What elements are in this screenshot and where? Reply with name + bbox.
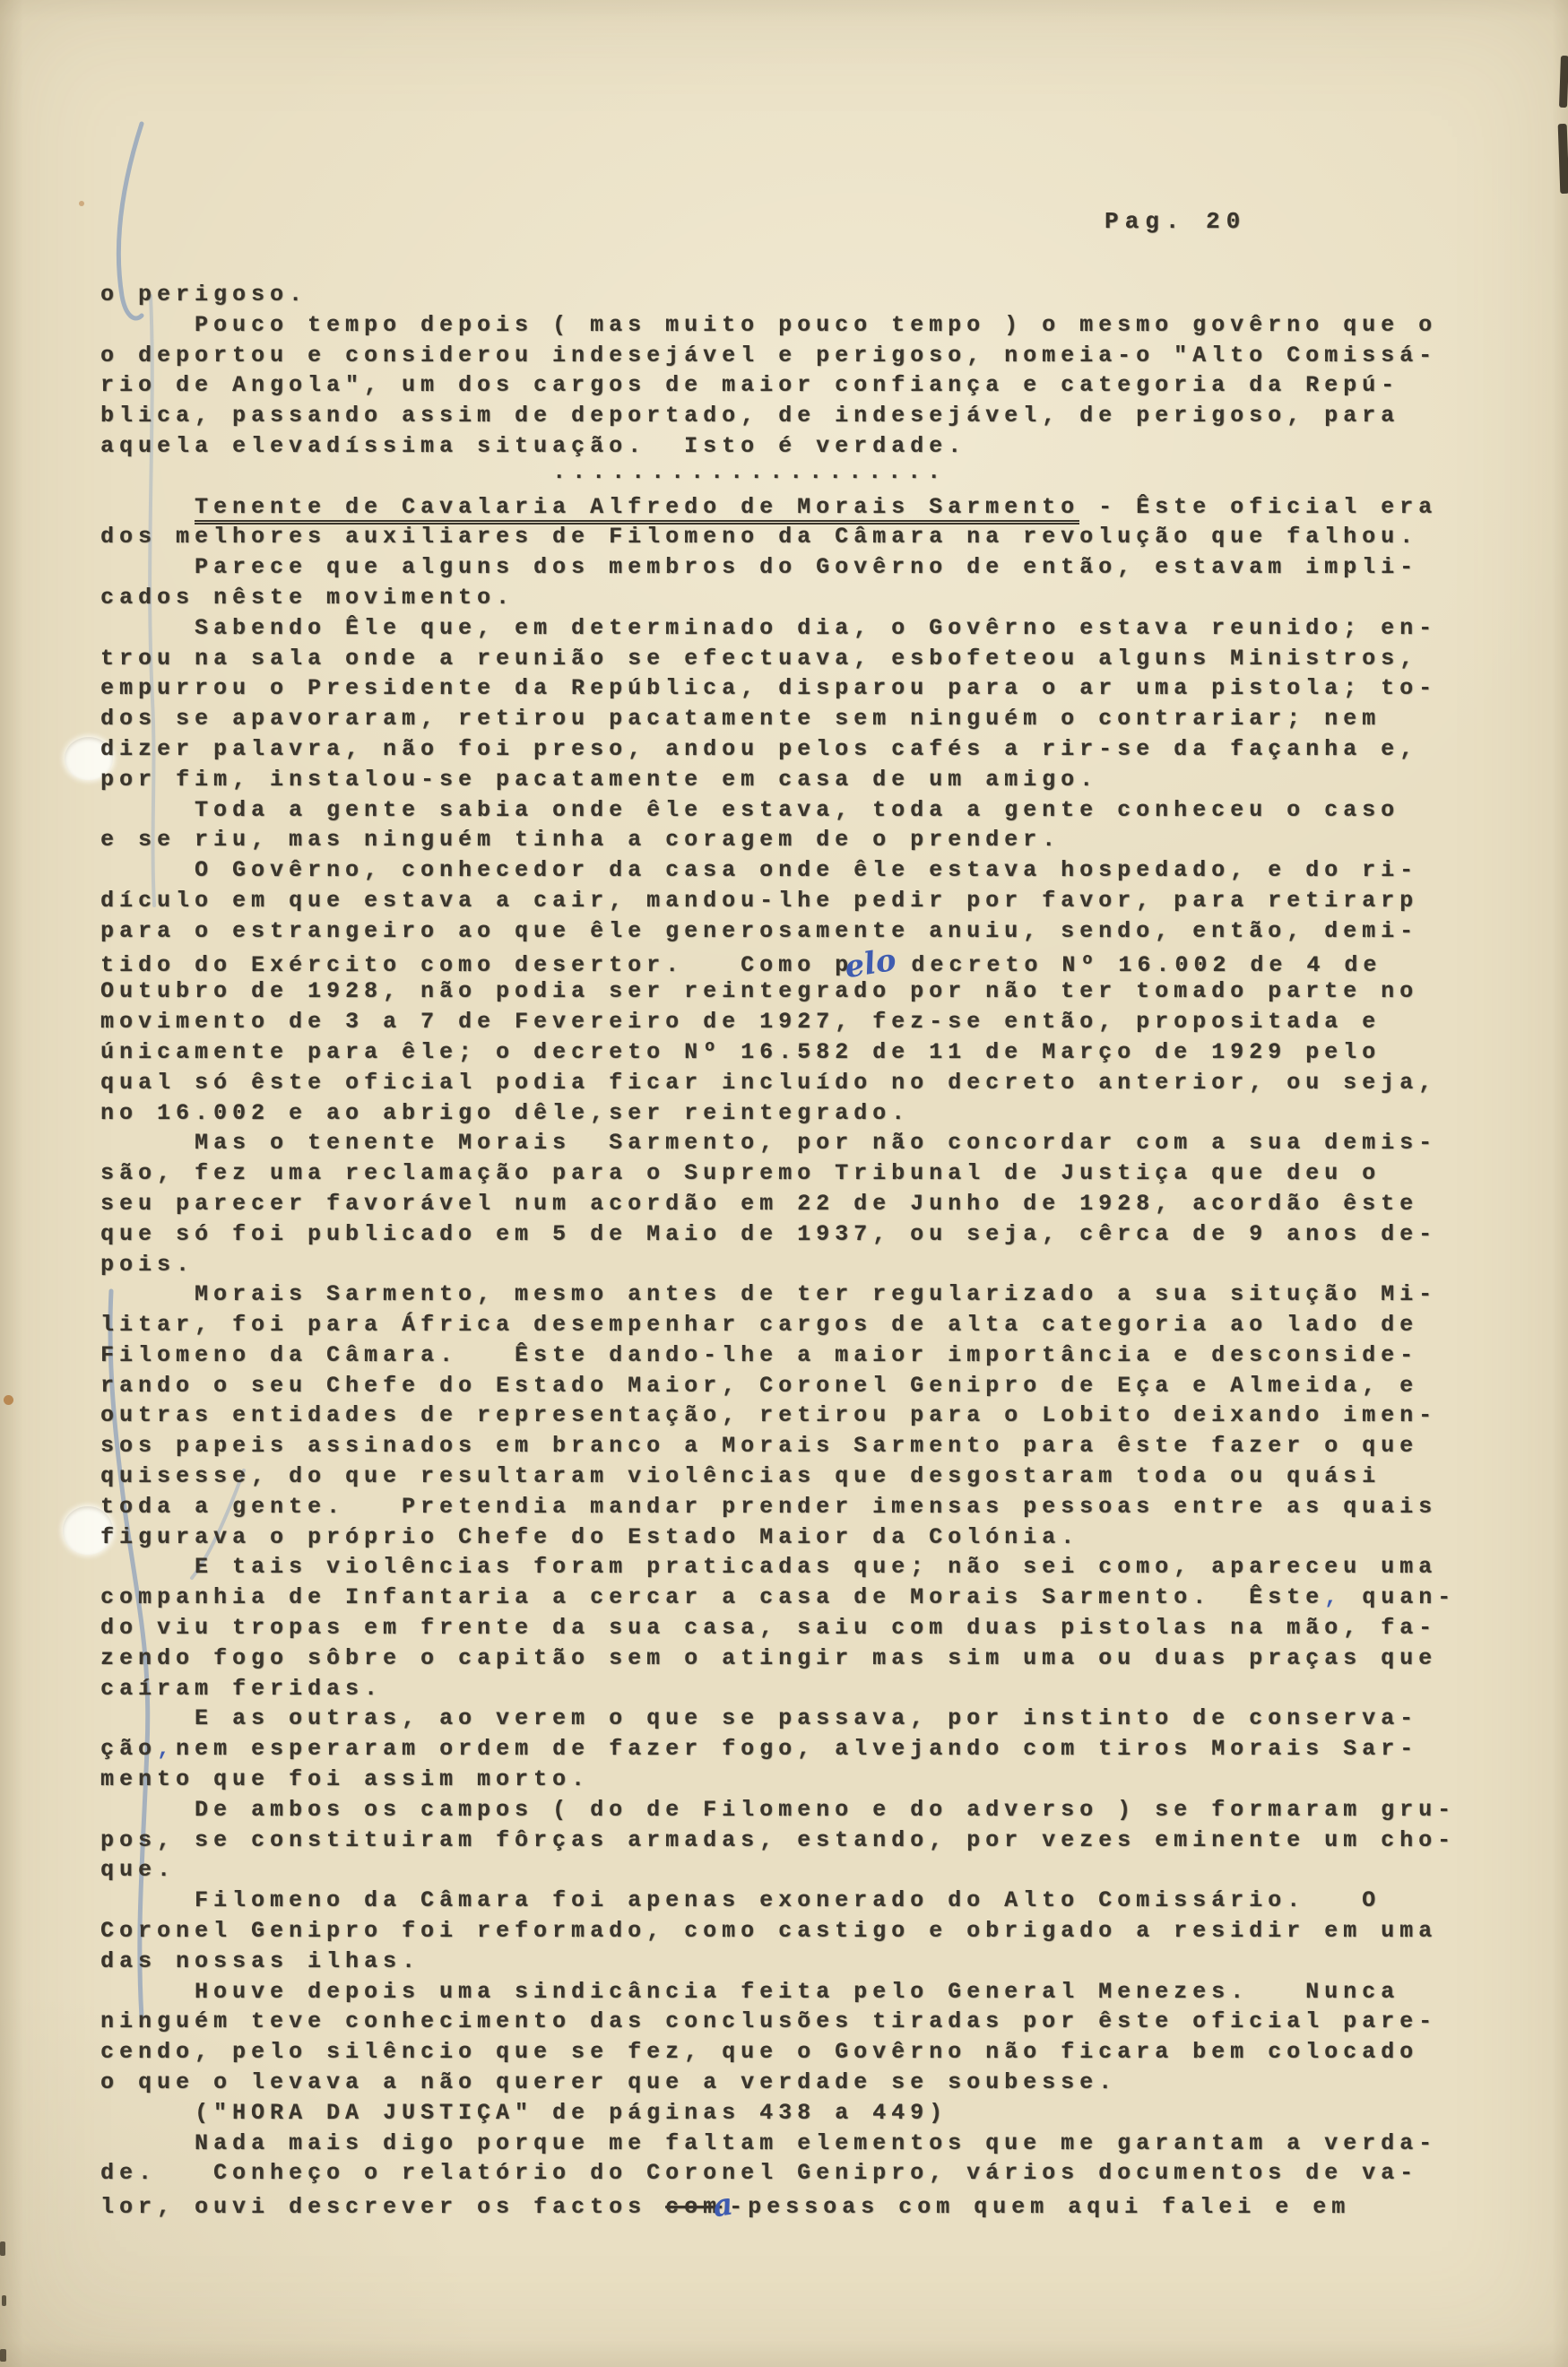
text-segment: sos papeis assinados em branco a Morais … <box>100 1433 1418 1459</box>
text-line: movimento de 3 a 7 de Fevereiro de 1927,… <box>100 1007 1526 1037</box>
text-segment: dículo em que estava a cair, mandou-lhe … <box>100 888 1418 914</box>
text-line: ção,nem esperaram ordem de fazer fogo, a… <box>100 1734 1526 1764</box>
text-line: das nossas ilhas. <box>100 1946 1526 1977</box>
text-line: Sabendo Êle que, em determinado dia, o G… <box>100 613 1526 644</box>
blue-ink-mark: , <box>157 1736 176 1762</box>
text-line: toda a gente. Pretendia mandar prender i… <box>100 1492 1526 1522</box>
text-segment: litar, foi para África desempenhar cargo… <box>100 1312 1418 1338</box>
text-line: ("HORA DA JUSTIÇA" de páginas 438 a 449) <box>100 2098 1526 2129</box>
text-line: E as outras, ao verem o que se passava, … <box>100 1704 1526 1734</box>
text-line: seu parecer favorável num acordão em 22 … <box>100 1189 1526 1219</box>
text-line: outras entidades de representação, retir… <box>100 1400 1526 1431</box>
handwritten-annotation: elo <box>843 945 898 983</box>
text-segment: dos se apavoraram, retirou pacatamente s… <box>100 706 1381 732</box>
text-segment: do viu tropas em frente da sua casa, sai… <box>100 1615 1437 1641</box>
text-line: qual só êste oficial podia ficar incluíd… <box>100 1068 1526 1098</box>
text-segment: Pouco tempo depois ( mas muito pouco tem… <box>100 312 1437 338</box>
text-segment: qual só êste oficial podia ficar incluíd… <box>100 1070 1437 1096</box>
text-segment: E as outras, ao verem o que se passava, … <box>100 1705 1418 1731</box>
text-segment: Mas o tenente Morais Sarmento, por não c… <box>100 1130 1437 1156</box>
text-segment: Sabendo Êle que, em determinado dia, o G… <box>100 615 1437 641</box>
text-line: rando o seu Chefe do Estado Maior, Coron… <box>100 1371 1526 1401</box>
text-line: Parece que alguns dos membros do Govêrno… <box>100 552 1526 583</box>
text-line: tido do Exército como desertor. Como pel… <box>100 947 1526 977</box>
text-segment <box>100 494 195 520</box>
text-line: quisesse, do que resultaram violências q… <box>100 1461 1526 1492</box>
text-line: Outubro de 1928, não podia ser reintegra… <box>100 976 1526 1007</box>
text-line: mento que foi assim morto. <box>100 1764 1526 1795</box>
text-line: companhia de Infantaria a cercar a casa … <box>100 1582 1526 1613</box>
rust-speck <box>4 1395 13 1405</box>
text-segment: quisesse, do que resultaram violências q… <box>100 1463 1381 1489</box>
text-segment: dos melhores auxiliares de Filomeno da C… <box>100 524 1418 550</box>
text-segment: -pessoas com quem aqui falei e em <box>729 2194 1350 2220</box>
text-line: o que o levava a não querer que a verdad… <box>100 2068 1526 2098</box>
text-segment: o que o levava a não querer que a verdad… <box>100 2069 1117 2095</box>
text-line: trou na sala onde a reunião se efectuava… <box>100 644 1526 674</box>
text-line: dos melhores auxiliares de Filomeno da C… <box>100 522 1526 552</box>
text-segment: toda a gente. Pretendia mandar prender i… <box>100 1494 1437 1520</box>
text-line: o perigoso. <box>100 280 1526 310</box>
text-segment: De ambos os campos ( do de Filomeno e do… <box>100 1797 1456 1823</box>
text-line: de. Conheço o relatório do Coronel Genip… <box>100 2158 1526 2189</box>
text-line: rio de Angola", um dos cargos de maior c… <box>100 370 1526 401</box>
text-segment: o perigoso. <box>100 282 308 308</box>
text-line: E tais violências foram praticadas que; … <box>100 1552 1526 1582</box>
typewritten-text: o perigoso. Pouco tempo depois ( mas mui… <box>100 280 1526 2219</box>
page-number: Pag. 20 <box>1105 208 1246 235</box>
text-segment: Parece que alguns dos membros do Govêrno… <box>100 554 1418 580</box>
text-line: que só foi publicado em 5 de Maio de 193… <box>100 1219 1526 1250</box>
text-line: aquela elevadíssima situação. Isto é ver… <box>100 431 1526 462</box>
text-line: O Govêrno, conhecedor da casa onde êle e… <box>100 855 1526 886</box>
text-segment: aquela elevadíssima situação. Isto é ver… <box>100 433 966 459</box>
text-line: o deportou e considerou indesejável e pe… <box>100 341 1526 371</box>
text-segment: das nossas ilhas. <box>100 1948 420 1974</box>
text-segment: no 16.002 e ao abrigo dêle,ser reintegra… <box>100 1100 910 1126</box>
text-line: dizer palavra, não foi preso, andou pelo… <box>100 734 1526 765</box>
underlined-heading: Tenente de Cavalaria Alfredo de Morais S… <box>195 494 1079 525</box>
text-line: Mas o tenente Morais Sarmento, por não c… <box>100 1128 1526 1158</box>
text-segment: mento que foi assim morto. <box>100 1766 590 1792</box>
text-segment: movimento de 3 a 7 de Fevereiro de 1927,… <box>100 1009 1381 1035</box>
text-line: cados nêste movimento. <box>100 583 1526 613</box>
text-line: Pouco tempo depois ( mas muito pouco tem… <box>100 310 1526 341</box>
text-line: por fim, instalou-se pacatamente em casa… <box>100 765 1526 795</box>
text-line: dículo em que estava a cair, mandou-lhe … <box>100 886 1526 916</box>
text-line: empurrou o Presidente da República, disp… <box>100 673 1526 704</box>
text-segment: lor, ouvi descrever os factos <box>100 2194 665 2220</box>
text-line: Tenente de Cavalaria Alfredo de Morais S… <box>100 492 1526 523</box>
text-segment: nem esperaram ordem de fazer fogo, alvej… <box>176 1736 1418 1762</box>
blue-ink-mark: , <box>1324 1584 1343 1610</box>
text-line: Filomeno da Câmara foi apenas exonerado … <box>100 1886 1526 1916</box>
text-line: ninguém teve conhecimento das conclusões… <box>100 2007 1526 2037</box>
text-segment: que. <box>100 1857 176 1883</box>
scan-edge-speck <box>2 2295 6 2306</box>
text-segment: ninguém teve conhecimento das conclusões… <box>100 2008 1437 2034</box>
text-segment: caíram feridas. <box>100 1676 383 1702</box>
text-segment: O Govêrno, conhecedor da casa onde êle e… <box>100 857 1418 883</box>
text-segment: quan- <box>1343 1584 1456 1610</box>
text-segment: que só foi publicado em 5 de Maio de 193… <box>100 1221 1437 1247</box>
text-segment: rio de Angola", um dos cargos de maior c… <box>100 372 1399 398</box>
text-segment: Coronel Genipro foi reformado, como cast… <box>100 1918 1437 1944</box>
text-line: blica, passando assim de deportado, de i… <box>100 401 1526 431</box>
scan-edge-speck <box>0 2349 6 2362</box>
text-segment: outras entidades de representação, retir… <box>100 1402 1437 1428</box>
text-line: lor, ouvi descrever os factos coma-pesso… <box>100 2189 1526 2219</box>
text-segment: por fim, instalou-se pacatamente em casa… <box>100 767 1098 793</box>
text-segment <box>100 464 552 490</box>
text-line: Nada mais digo porque me faltam elemento… <box>100 2129 1526 2159</box>
text-line: zendo fogo sôbre o capitão sem o atingir… <box>100 1643 1526 1674</box>
text-segment: Filomeno da Câmara. Êste dando-lhe a mai… <box>100 1342 1418 1368</box>
text-line: Coronel Genipro foi reformado, como cast… <box>100 1916 1526 1946</box>
text-segment: companhia de Infantaria a cercar a casa … <box>100 1584 1324 1610</box>
text-segment: ção <box>100 1736 157 1762</box>
text-line: dos se apavoraram, retirou pacatamente s… <box>100 704 1526 734</box>
text-segment: Nada mais digo porque me faltam elemento… <box>100 2130 1437 2156</box>
text-line: no 16.002 e ao abrigo dêle,ser reintegra… <box>100 1098 1526 1129</box>
text-segment: zendo fogo sôbre o capitão sem o atingir… <box>100 1645 1437 1671</box>
scan-edge-speck <box>0 2241 5 2256</box>
scanned-document-page: Pag. 20 o perigoso. Pouco tempo depois (… <box>0 0 1568 2367</box>
text-segment: cados nêste movimento. <box>100 585 515 611</box>
text-segment: ("HORA DA JUSTIÇA" de páginas 438 a 449) <box>100 2100 948 2126</box>
text-segment: decreto Nº 16.002 de 4 de <box>892 952 1382 978</box>
text-line: pois. <box>100 1250 1526 1280</box>
text-line: Filomeno da Câmara. Êste dando-lhe a mai… <box>100 1340 1526 1371</box>
text-segment: são, fez uma reclamação para o Supremo T… <box>100 1160 1381 1186</box>
text-segment: para o estrangeiro ao que êle generosame… <box>100 918 1418 944</box>
text-segment: tido do Exército como desertor. Como p <box>100 952 853 978</box>
text-segment: pos, se constituiram fôrças armadas, est… <box>100 1827 1456 1853</box>
text-segment: de. Conheço o relatório do Coronel Genip… <box>100 2160 1418 2186</box>
text-line: pos, se constituiram fôrças armadas, est… <box>100 1825 1526 1856</box>
text-line: para o estrangeiro ao que êle generosame… <box>100 916 1526 947</box>
text-segment: - Êste oficial era <box>1079 494 1437 520</box>
text-segment: empurrou o Presidente da República, disp… <box>100 675 1437 701</box>
text-line: De ambos os campos ( do de Filomeno e do… <box>100 1795 1526 1825</box>
text-segment: únicamente para êle; o decreto Nº 16.582… <box>100 1039 1381 1065</box>
text-segment: Toda a gente sabia onde êle estava, toda… <box>100 797 1399 823</box>
dotted-separator: ···················· <box>552 464 947 490</box>
text-segment: o deportou e considerou indesejável e pe… <box>100 342 1437 368</box>
text-line: do viu tropas em frente da sua casa, sai… <box>100 1613 1526 1643</box>
text-segment: pois. <box>100 1252 195 1278</box>
text-line: únicamente para êle; o decreto Nº 16.582… <box>100 1037 1526 1068</box>
text-line: Houve depois uma sindicância feita pelo … <box>100 1977 1526 2007</box>
text-segment: e se riu, mas ninguém tinha a coragem de… <box>100 827 1061 853</box>
text-line: cendo, pelo silêncio que se fez, que o G… <box>100 2037 1526 2068</box>
text-line: Morais Sarmento, mesmo antes de ter regu… <box>100 1279 1526 1310</box>
text-segment: E tais violências foram praticadas que; … <box>100 1554 1437 1580</box>
text-segment: figurava o próprio Chefe do Estado Maior… <box>100 1524 1079 1550</box>
text-line: são, fez uma reclamação para o Supremo T… <box>100 1158 1526 1189</box>
text-segment: dizer palavra, não foi preso, andou pelo… <box>100 736 1418 762</box>
text-segment: Outubro de 1928, não podia ser reintegra… <box>100 978 1418 1004</box>
text-line: sos papeis assinados em branco a Morais … <box>100 1431 1526 1461</box>
text-segment: trou na sala onde a reunião se efectuava… <box>100 646 1418 672</box>
text-segment: Morais Sarmento, mesmo antes de ter regu… <box>100 1281 1437 1307</box>
rust-speck <box>79 201 84 206</box>
text-line: e se riu, mas ninguém tinha a coragem de… <box>100 825 1526 855</box>
text-line: Toda a gente sabia onde êle estava, toda… <box>100 795 1526 826</box>
text-segment: seu parecer favorável num acordão em 22 … <box>100 1191 1418 1217</box>
text-line: litar, foi para África desempenhar cargo… <box>100 1310 1526 1340</box>
text-segment: blica, passando assim de deportado, de i… <box>100 403 1399 429</box>
text-segment: Houve depois uma sindicância feita pelo … <box>100 1979 1399 2005</box>
text-line: figurava o próprio Chefe do Estado Maior… <box>100 1522 1526 1553</box>
text-line: ···················· <box>100 462 1526 492</box>
text-line: caíram feridas. <box>100 1674 1526 1704</box>
scan-edge-mark <box>1558 124 1568 194</box>
text-segment: Filomeno da Câmara foi apenas exonerado … <box>100 1887 1381 1913</box>
text-segment: cendo, pelo silêncio que se fez, que o G… <box>100 2039 1418 2065</box>
scan-edge-mark <box>1559 56 1568 108</box>
text-segment: rando o seu Chefe do Estado Maior, Coron… <box>100 1373 1418 1399</box>
text-line: que. <box>100 1855 1526 1886</box>
